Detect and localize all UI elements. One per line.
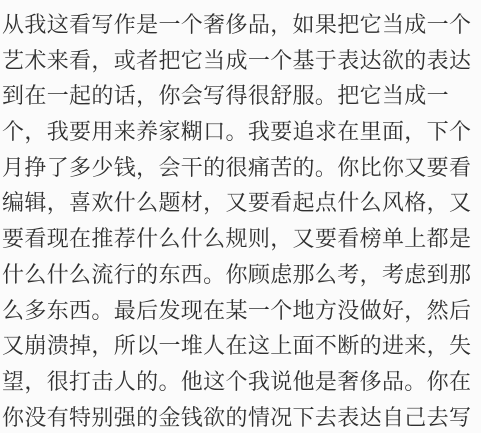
text-line: 个，我要用来养家糊口。我要追求在里面，下个 bbox=[2, 114, 480, 150]
text-line: 要看现在推荐什么什么规则，又要看榜单上都是 bbox=[2, 221, 480, 257]
text-line: 什么什么流行的东西。你顾虑那么考，考虑到那 bbox=[2, 257, 480, 293]
text-line: 编辑，喜欢什么题材，又要看起点什么风格，又 bbox=[2, 185, 480, 221]
text-line: 月挣了多少钱，会干的很痛苦的。你比你又要看 bbox=[2, 150, 480, 186]
text-line: 你没有特别强的金钱欲的情况下去表达自己去写 bbox=[2, 400, 480, 433]
text-line: 到在一起的话，你会写得很舒服。把它当成一 bbox=[2, 78, 480, 114]
text-line: 从我这看写作是一个奢侈品，如果把它当成一个 bbox=[2, 7, 480, 43]
text-line: 望，很打击人的。他这个我说他是奢侈品。你在 bbox=[2, 364, 480, 400]
text-line: 艺术来看，或者把它当成一个基于表达欲的表达 bbox=[2, 43, 480, 79]
text-line: 么多东西。最后发现在某一个地方没做好，然后 bbox=[2, 293, 480, 329]
text-line: 又崩溃掉，所以一堆人在这上面不断的进来，失 bbox=[2, 328, 480, 364]
paragraph-text-block: 从我这看写作是一个奢侈品，如果把它当成一个 艺术来看，或者把它当成一个基于表达欲… bbox=[0, 0, 481, 433]
